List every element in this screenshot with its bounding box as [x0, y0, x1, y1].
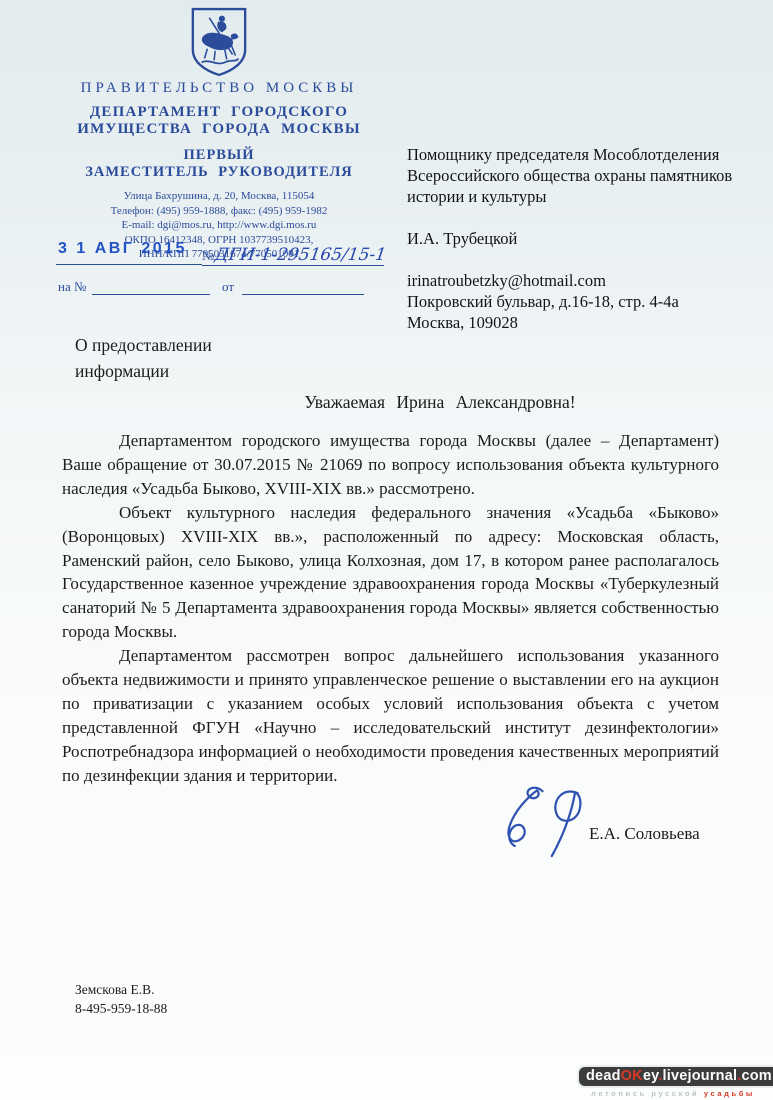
reference-block: 3 1 АВГ 2015 № ДГИ-1-295165/15-1 на № от — [56, 240, 386, 298]
watermark-seg-com: com — [741, 1068, 771, 1084]
body-paragraph-3: Департаментом рассмотрен вопрос дальнейш… — [62, 644, 719, 787]
recipient-title-line2: Всероссийского общества охраны памятнико… — [407, 165, 737, 186]
watermark-seg-livejournal: livejournal — [663, 1068, 738, 1084]
recipient-address-line2: Москва, 109028 — [407, 312, 737, 333]
subject-line2: информации — [75, 358, 212, 384]
signer-name: Е.А. Соловьева — [589, 824, 700, 844]
outgoing-number-box: № ДГИ-1-295165/15-1 — [202, 240, 384, 266]
watermark-seg-ey: ey — [643, 1068, 658, 1084]
subject-line1: О предоставлении — [75, 332, 212, 358]
handwritten-outgoing-number: ДГИ-1-295165/15-1 — [214, 245, 388, 265]
watermark: deadOKey.livejournal.com летопись русско… — [577, 1065, 769, 1098]
watermark-seg-ok: OK — [621, 1068, 643, 1084]
date-stamp: 3 1 АВГ 2015 — [58, 240, 187, 258]
reply-number-blank-line — [92, 294, 210, 295]
reply-date-blank-line — [242, 294, 364, 295]
recipient-title-line1: Помощнику председателя Мособлотделения — [407, 144, 737, 165]
recipient-address-line1: Покровский бульвар, д.16-18, стр. 4-4а — [407, 291, 737, 312]
letterhead-email: E-mail: dgi@mos.ru, http://www.dgi.mos.r… — [54, 218, 384, 233]
body-paragraph-2: Объект культурного наследия федерального… — [62, 501, 719, 644]
watermark-tagline-red: усадьбы — [704, 1089, 755, 1098]
government-title: ПРАВИТЕЛЬСТВО МОСКВЫ — [54, 80, 384, 97]
watermark-seg-dead: dead — [586, 1068, 621, 1084]
signature-row: Е.А. Соловьева — [0, 780, 773, 880]
reply-to-label: на № — [58, 279, 86, 295]
date-underline — [56, 264, 202, 265]
executor-phone: 8-495-959-18-88 — [75, 999, 167, 1018]
executor-name: Земскова Е.В. — [75, 980, 167, 999]
salutation: Уважаемая Ирина Александровна! — [110, 392, 770, 413]
signer-position-line2: ЗАМЕСТИТЕЛЬ РУКОВОДИТЕЛЯ — [54, 164, 384, 181]
scanned-letter-page: ПРАВИТЕЛЬСТВО МОСКВЫ ДЕПАРТАМЕНТ ГОРОДСК… — [0, 0, 773, 1100]
executor-block: Земскова Е.В. 8-495-959-18-88 — [75, 980, 167, 1018]
recipient-email: irinatroubetzky@hotmail.com — [407, 270, 737, 291]
letterhead-phone: Телефон: (495) 959-1888, факс: (495) 959… — [54, 204, 384, 219]
moscow-coat-of-arms-icon — [188, 6, 250, 78]
letterhead: ПРАВИТЕЛЬСТВО МОСКВЫ ДЕПАРТАМЕНТ ГОРОДСК… — [54, 6, 384, 262]
reply-from-label: от — [222, 279, 234, 295]
watermark-site-badge: deadOKey.livejournal.com — [577, 1065, 773, 1088]
subject-block: О предоставлении информации — [75, 332, 212, 384]
watermark-tagline-gray: летопись русской — [591, 1089, 699, 1098]
handwritten-signature-icon — [498, 782, 600, 870]
spacer — [407, 207, 737, 228]
department-name-line2: ИМУЩЕСТВА ГОРОДА МОСКВЫ — [54, 121, 384, 138]
letter-body: Департаментом городского имущества город… — [62, 429, 719, 788]
recipient-name: И.А. Трубецкой — [407, 228, 737, 249]
spacer — [407, 249, 737, 270]
signer-position-line1: ПЕРВЫЙ — [54, 147, 384, 164]
watermark-tagline: летопись русской усадьбы — [577, 1089, 769, 1098]
department-name-line1: ДЕПАРТАМЕНТ ГОРОДСКОГО — [54, 104, 384, 121]
letterhead-address: Улица Бахрушина, д. 20, Москва, 115054 — [54, 189, 384, 204]
number-prefix: № — [202, 248, 214, 264]
body-paragraph-1: Департаментом городского имущества город… — [62, 429, 719, 501]
recipient-block: Помощнику председателя Мособлотделения В… — [407, 144, 737, 333]
recipient-title-line3: истории и культуры — [407, 186, 737, 207]
